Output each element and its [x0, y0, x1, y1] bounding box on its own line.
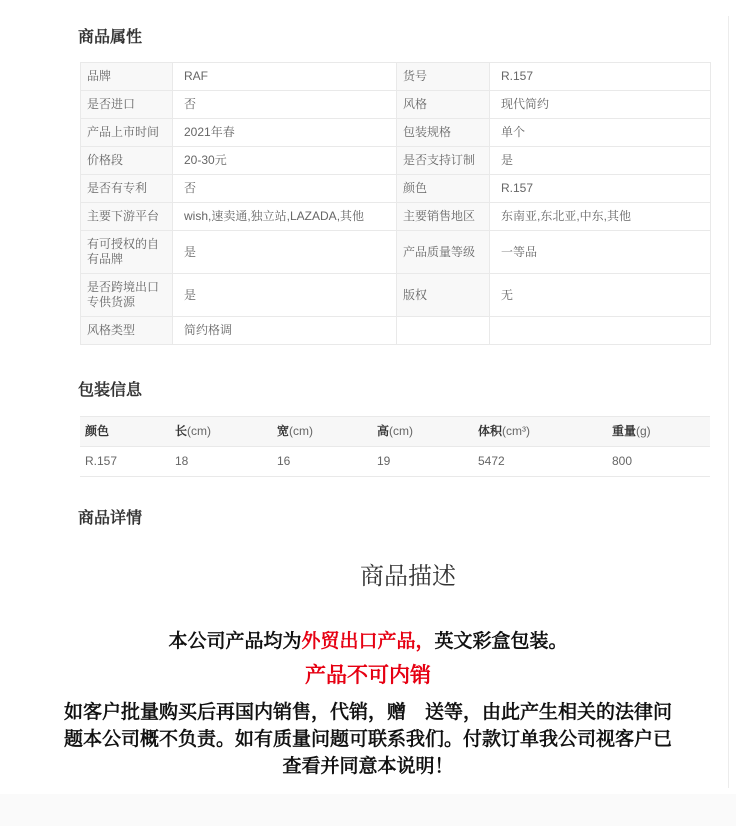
- attr-value-cell: 单个: [490, 119, 711, 147]
- header-label: 长: [175, 424, 187, 438]
- header-label: 颜色: [85, 424, 109, 438]
- attr-value-cell: RAF: [173, 63, 397, 91]
- table-row: 是否进口 否 风格 现代简约: [81, 91, 711, 119]
- header-label: 重量: [612, 424, 636, 438]
- table-row: 是否跨境出口专供货源 是 版权 无: [81, 274, 711, 317]
- attr-value-cell: 是: [490, 147, 711, 175]
- description-heading: 商品描述: [0, 563, 736, 591]
- packaging-header-cell: 重量(g): [607, 417, 710, 447]
- attributes-table: 品牌 RAF 货号 R.157 是否进口 否 风格 现代简约 产品上市时间 20…: [80, 62, 711, 345]
- packaging-header-cell: 颜色: [80, 417, 170, 447]
- header-label: 体积: [478, 424, 502, 438]
- attr-label-cell: 风格: [397, 91, 490, 119]
- header-label: 高: [377, 424, 389, 438]
- no-domestic-sale-line: 产品不可内销: [0, 663, 736, 689]
- detail-body: 商品描述 本公司产品均为外贸出口产品，英文彩盒包装。 产品不可内销 如客户批量购…: [0, 563, 736, 780]
- table-header-row: 颜色 长(cm) 宽(cm) 高(cm) 体积(cm³) 重量(g): [80, 417, 710, 447]
- header-label: 宽: [277, 424, 289, 438]
- packaging-header-cell: 体积(cm³): [473, 417, 607, 447]
- header-unit: (cm): [389, 424, 413, 438]
- table-row: 价格段 20-30元 是否支持订制 是: [81, 147, 711, 175]
- attr-label-cell: 产品上市时间: [81, 119, 173, 147]
- attr-label-cell: 是否支持订制: [397, 147, 490, 175]
- attr-value-cell: R.157: [490, 175, 711, 203]
- packaging-header-cell: 长(cm): [170, 417, 272, 447]
- attr-label-cell: 产品质量等级: [397, 231, 490, 274]
- header-unit: (cm³): [502, 424, 530, 438]
- attr-label-cell: 包装规格: [397, 119, 490, 147]
- attr-value-cell: 现代简约: [490, 91, 711, 119]
- notice-prefix: 本公司产品均为: [168, 631, 301, 652]
- notice-suffix: 英文彩盒包装。: [435, 631, 568, 652]
- attr-label-cell: 版权: [397, 274, 490, 317]
- packaging-header-cell: 宽(cm): [272, 417, 372, 447]
- attr-label-cell: 主要销售地区: [397, 203, 490, 231]
- packaging-value-cell: 16: [272, 447, 372, 477]
- header-unit: (cm): [289, 424, 313, 438]
- table-row: 品牌 RAF 货号 R.157: [81, 63, 711, 91]
- attr-label-cell: 风格类型: [81, 317, 173, 345]
- table-row: 产品上市时间 2021年春 包装规格 单个: [81, 119, 711, 147]
- attr-label-cell: 是否有专利: [81, 175, 173, 203]
- packaging-table: 颜色 长(cm) 宽(cm) 高(cm) 体积(cm³) 重量(g) R.157…: [80, 416, 710, 477]
- footer-strip: [0, 794, 736, 826]
- attr-label-cell: 货号: [397, 63, 490, 91]
- section-title-packaging: 包装信息: [78, 345, 736, 401]
- header-unit: (g): [636, 424, 651, 438]
- packaging-value-cell: 5472: [473, 447, 607, 477]
- table-row: 风格类型 简约格调: [81, 317, 711, 345]
- table-row: 主要下游平台 wish,速卖通,独立站,LAZADA,其他 主要销售地区 东南亚…: [81, 203, 711, 231]
- attr-value-cell: 东南亚,东北亚,中东,其他: [490, 203, 711, 231]
- attr-label-cell: 品牌: [81, 63, 173, 91]
- attr-value-cell: 2021年春: [173, 119, 397, 147]
- packaging-value-cell: 18: [170, 447, 272, 477]
- attr-value-cell: [490, 317, 711, 345]
- attr-value-cell: 否: [173, 91, 397, 119]
- disclaimer-paragraph: 如客户批量购买后再国内销售，代销，赠 送等，由此产生相关的法律问题本公司概不负责…: [57, 699, 679, 780]
- attr-value-cell: R.157: [490, 63, 711, 91]
- attr-value-cell: 否: [173, 175, 397, 203]
- attr-value-cell: 无: [490, 274, 711, 317]
- packaging-value-cell: R.157: [80, 447, 170, 477]
- export-notice-highlight: 外贸出口产品，: [301, 631, 434, 652]
- attr-value-cell: 是: [173, 231, 397, 274]
- section-title-detail: 商品详情: [78, 477, 736, 529]
- export-notice-line: 本公司产品均为外贸出口产品，英文彩盒包装。: [0, 629, 736, 655]
- right-edge-divider: [728, 16, 729, 788]
- attr-value-cell: wish,速卖通,独立站,LAZADA,其他: [173, 203, 397, 231]
- section-title-attributes: 商品属性: [78, 0, 736, 48]
- attr-label-cell: [397, 317, 490, 345]
- packaging-value-cell: 800: [607, 447, 710, 477]
- packaging-value-cell: 19: [372, 447, 473, 477]
- attr-label-cell: 价格段: [81, 147, 173, 175]
- attr-value-cell: 是: [173, 274, 397, 317]
- attr-label-cell: 主要下游平台: [81, 203, 173, 231]
- attr-label-cell: 是否跨境出口专供货源: [81, 274, 173, 317]
- header-unit: (cm): [187, 424, 211, 438]
- attr-value-cell: 简约格调: [173, 317, 397, 345]
- table-row: 有可授权的自有品牌 是 产品质量等级 一等品: [81, 231, 711, 274]
- attr-value-cell: 一等品: [490, 231, 711, 274]
- attr-label-cell: 颜色: [397, 175, 490, 203]
- table-row: 是否有专利 否 颜色 R.157: [81, 175, 711, 203]
- packaging-header-cell: 高(cm): [372, 417, 473, 447]
- attr-label-cell: 是否进口: [81, 91, 173, 119]
- attr-value-cell: 20-30元: [173, 147, 397, 175]
- attr-label-cell: 有可授权的自有品牌: [81, 231, 173, 274]
- table-row: R.157 18 16 19 5472 800: [80, 447, 710, 477]
